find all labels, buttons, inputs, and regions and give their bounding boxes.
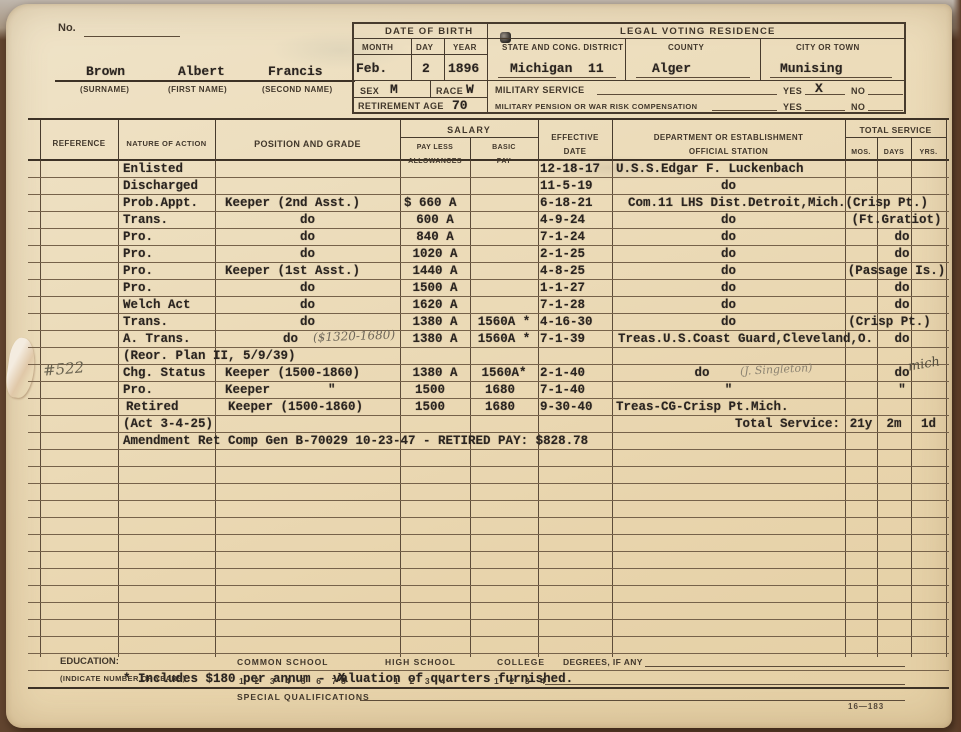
act-note: (Act 3-4-25) (123, 417, 213, 431)
retirement-age-value: 70 (452, 98, 468, 113)
table-row: Trans. do 600 A 4-9-24 do (Ft.Gratiot) (28, 212, 949, 229)
blank-row (28, 586, 949, 603)
pension-label: MILITARY PENSION OR WAR RISK COMPENSATIO… (495, 102, 697, 111)
basic-pay: 1560A* (470, 366, 538, 380)
amendment-line: Amendment Ret Comp Gen B-70029 10-23-47 … (123, 434, 588, 448)
position-grade: Keeper (1500-1860) (225, 366, 360, 380)
table-row: Retired Keeper (1500-1860) 1500 1680 9-3… (28, 399, 949, 416)
pay-less-allowances: 1020 A (400, 247, 470, 261)
official-station: do (612, 179, 845, 193)
pay-less-allowances: 1500 (400, 400, 460, 414)
effective-date: 4-9-24 (540, 213, 585, 227)
station-overflow: do (877, 298, 927, 312)
dob-year-value: 1896 (448, 61, 479, 76)
high-school-years: 1 2 3 4 (394, 676, 447, 686)
effective-date: 7-1-39 (540, 332, 585, 346)
race-label: RACE (436, 86, 463, 96)
table-row: Discharged 11-5-19 do (28, 178, 949, 195)
table-row: Amendment Ret Comp Gen B-70029 10-23-47 … (28, 433, 949, 450)
first-name-value: Albert (178, 64, 225, 79)
table-row: Welch Act do 1620 A 7-1-28 do do (28, 297, 949, 314)
military-service-line (597, 94, 777, 95)
common-school-label: COMMON SCHOOL (237, 657, 328, 667)
nature-of-action: Prob.Appt. (123, 196, 198, 210)
dob-divider (444, 38, 445, 80)
total-service-years: 21y (845, 417, 877, 431)
common-school-years: 1 2 3 4 5 6 7 (239, 676, 338, 686)
position-grade: do (283, 332, 298, 346)
header-yrs: YRS. (911, 146, 946, 160)
pay-less-allowances: 1620 A (400, 298, 470, 312)
position-grade: do (215, 315, 400, 329)
common-school-x-mark: X (338, 671, 345, 685)
table-header: REFERENCE NATURE OF ACTION POSITION AND … (28, 118, 949, 161)
header-line (845, 137, 946, 138)
blank-row (28, 484, 949, 501)
voting-title: LEGAL VOTING RESIDENCE (620, 26, 776, 37)
position-grade: Keeper (2nd Asst.) (225, 196, 360, 210)
dob-month-label: MONTH (362, 43, 393, 52)
station-overflow: (Crisp Pt.) (838, 315, 941, 329)
handwritten-mich-note: mich (907, 355, 941, 374)
reorg-plan-note: (Reor. Plan II, 5/9/39) (123, 349, 296, 363)
header-total-service: TOTAL SERVICE (845, 123, 946, 137)
nature-of-action: Pro. (123, 230, 153, 244)
military-no-label: NO (851, 86, 865, 96)
blank-row (28, 654, 949, 671)
sex-value: M (390, 82, 398, 97)
table-row: Pro. Keeper " 1500 1680 7-1-40 " " (28, 382, 949, 399)
surname-label: (SURNAME) (80, 85, 129, 94)
pay-less-allowances: 1380 A (400, 366, 470, 380)
header-days: DAYS (877, 146, 911, 160)
military-yes-label: YES (783, 86, 802, 96)
college-label: COLLEGE (497, 657, 545, 667)
table-row: A. Trans. do ($1320-1680) 1380 A 1560A *… (28, 331, 949, 348)
nature-of-action: Discharged (123, 179, 198, 193)
official-station: do (612, 298, 845, 312)
voting-divider (760, 38, 761, 80)
position-grade: do (215, 281, 400, 295)
header-position: POSITION AND GRADE (215, 137, 400, 151)
district-value: Michigan 11 (510, 61, 604, 76)
basic-pay: 1560A * (470, 332, 538, 346)
table-row: (Act 3-4-25) Total Service: 21y 2m 1d (28, 416, 949, 433)
official-station: do (612, 281, 845, 295)
station-overflow: do (877, 247, 927, 261)
handwritten-reference: #522 (42, 360, 84, 378)
table-row: Pro. do 840 A 7-1-24 do do (28, 229, 949, 246)
card-right-edge (953, 0, 961, 732)
official-station: U.S.S.Edgar F. Luckenbach (616, 162, 804, 176)
pay-less-allowances: 600 A (400, 213, 470, 227)
city-value: Munising (780, 61, 842, 76)
military-no-line (868, 94, 903, 95)
effective-date: 11-5-19 (540, 179, 593, 193)
degrees-line-2 (545, 684, 905, 685)
station-overflow: (Passage Is.) (845, 264, 948, 278)
county-underline (636, 77, 750, 78)
nature-of-action: Trans. (123, 213, 168, 227)
pension-line (712, 110, 777, 111)
position-grade: do (215, 213, 400, 227)
race-value: W (466, 82, 474, 97)
official-station: do (612, 247, 845, 261)
blank-row (28, 518, 949, 535)
header-effective-date: EFFECTIVEDATE (538, 131, 612, 159)
table-row: Pro. Keeper (1st Asst.) 1440 A 4-8-25 do… (28, 263, 949, 280)
military-yes-line (805, 94, 845, 95)
handwritten-salary-note: ($1320-1680) (313, 328, 396, 345)
blank-row (28, 637, 949, 654)
education-sublabel: (INDICATE NUMBER OF YEARS) (60, 674, 186, 683)
nature-of-action: Welch Act (123, 298, 191, 312)
pay-less-allowances: 1380 A (400, 332, 470, 346)
position-grade: Keeper (1500-1860) (228, 400, 363, 414)
official-station: Com.11 LHS Dist.Detroit,Mich.(Crisp Pt.) (628, 196, 928, 210)
header-nature: NATURE OF ACTION (118, 137, 215, 151)
table-row: Pro. do 1500 A 1-1-27 do do (28, 280, 949, 297)
education-label: EDUCATION: (60, 656, 119, 667)
effective-date: 7-1-28 (540, 298, 585, 312)
official-station: do (612, 213, 845, 227)
nature-of-action: A. Trans. (123, 332, 191, 346)
nature-of-action: Pro. (123, 264, 153, 278)
blank-row (28, 501, 949, 518)
dob-title: DATE OF BIRTH (385, 26, 473, 37)
col-line (946, 120, 947, 163)
total-service-months: 2m (877, 417, 911, 431)
header-reference: REFERENCE (40, 137, 118, 151)
nature-of-action: Pro. (123, 281, 153, 295)
handwritten-singleton-note: (J. Singleton) (740, 361, 813, 379)
no-label: No. (58, 22, 76, 34)
city-label: CITY OR TOWN (796, 43, 860, 52)
dob-line (352, 54, 487, 55)
city-underline (770, 77, 892, 78)
voting-line (487, 38, 906, 39)
dob-day-value: 2 (422, 61, 430, 76)
effective-date: 4-8-25 (540, 264, 585, 278)
official-station: " (612, 383, 845, 397)
nature-of-action: Pro. (123, 247, 153, 261)
special-qualifications-label: SPECIAL QUALIFICATIONS (237, 692, 370, 702)
pension-yes-label: YES (783, 102, 802, 112)
dob-line (352, 38, 487, 39)
special-qualifications-line (360, 700, 905, 701)
official-station: do (612, 315, 845, 329)
box-divider (487, 22, 488, 114)
military-service-label: MILITARY SERVICE (495, 85, 585, 95)
effective-date: 2-1-40 (540, 366, 585, 380)
nature-of-action: Enlisted (123, 162, 183, 176)
station-overflow: do (877, 281, 927, 295)
pay-less-allowances: 840 A (400, 230, 470, 244)
station-overflow: do (877, 332, 927, 346)
position-ditto: " (328, 383, 336, 397)
no-line (84, 36, 180, 37)
header-salary: SALARY (400, 123, 538, 137)
blank-row (28, 569, 949, 586)
dob-day-label: DAY (416, 43, 433, 52)
position-grade: Keeper (1st Asst.) (225, 264, 360, 278)
name-underline (55, 80, 355, 82)
service-history-table: Enlisted 12-18-17 U.S.S.Edgar F. Luckenb… (28, 161, 949, 657)
blank-row (28, 552, 949, 569)
retirement-age-label: RETIREMENT AGE (358, 101, 444, 111)
second-name-value: Francis (268, 64, 323, 79)
college-years: 1 2 3 4 (494, 676, 547, 686)
sex-label: SEX (360, 86, 379, 96)
effective-date: 6-18-21 (540, 196, 593, 210)
header-line (400, 137, 538, 138)
sex-race-divider (430, 80, 431, 97)
blank-row (28, 450, 949, 467)
degrees-line (645, 666, 905, 667)
table-row: Pro. do 1020 A 2-1-25 do do (28, 246, 949, 263)
voting-divider (625, 38, 626, 80)
station-overflow: (Ft.Gratiot) (845, 213, 948, 227)
effective-date: 2-1-25 (540, 247, 585, 261)
station-overflow: " (877, 383, 927, 397)
position-grade: do (215, 247, 400, 261)
official-station: Treas-CG-Crisp Pt.Mich. (616, 400, 789, 414)
table-row: Trans. do 1380 A 1560A * 4-16-30 do (Cri… (28, 314, 949, 331)
blank-row (28, 535, 949, 552)
county-value: Alger (652, 61, 691, 76)
effective-date: 1-1-27 (540, 281, 585, 295)
surname-value: Brown (86, 64, 125, 79)
pay-less-allowances: 1440 A (400, 264, 470, 278)
district-underline (498, 77, 616, 78)
degrees-label: DEGREES, IF ANY (563, 657, 643, 667)
effective-date: 12-18-17 (540, 162, 600, 176)
basic-pay: 1680 (470, 400, 530, 414)
position-grade: Keeper (225, 383, 270, 397)
station-overflow: do (877, 230, 927, 244)
table-row: Enlisted 12-18-17 U.S.S.Edgar F. Luckenb… (28, 161, 949, 178)
header-department: DEPARTMENT OR ESTABLISHMENTOFFICIAL STAT… (612, 131, 845, 159)
total-service-label: Total Service: (612, 417, 840, 431)
position-grade: do (215, 230, 400, 244)
dob-divider (411, 38, 412, 80)
header-mos: MOS. (845, 146, 877, 160)
effective-date: 4-16-30 (540, 315, 593, 329)
pay-less-allowances: $ 660 A (404, 196, 457, 210)
first-name-label: (FIRST NAME) (168, 85, 227, 94)
official-station: do (612, 264, 845, 278)
official-station: Treas.U.S.Coast Guard,Cleveland,O. (618, 332, 873, 346)
pension-no-line (868, 110, 903, 111)
pension-yes-line (805, 110, 845, 111)
dob-month-value: Feb. (356, 61, 387, 76)
effective-date: 7-1-24 (540, 230, 585, 244)
dob-year-label: YEAR (453, 43, 477, 52)
blank-row (28, 467, 949, 484)
total-service-days: 1d (911, 417, 946, 431)
official-station: do (612, 230, 845, 244)
basic-pay: 1680 (470, 383, 530, 397)
pay-less-allowances: 1500 (400, 383, 460, 397)
pension-no-label: NO (851, 102, 865, 112)
nature-of-action: Chg. Status (123, 366, 206, 380)
nature-of-action: Pro. (123, 383, 153, 397)
high-school-label: HIGH SCHOOL (385, 657, 456, 667)
position-grade: do (215, 298, 400, 312)
pay-less-allowances: 1380 A (400, 315, 470, 329)
effective-date: 7-1-40 (540, 383, 585, 397)
effective-date: 9-30-40 (540, 400, 593, 414)
nature-of-action: Trans. (123, 315, 168, 329)
form-number: 16—183 (848, 702, 884, 711)
pay-less-allowances: 1500 A (400, 281, 470, 295)
second-name-label: (SECOND NAME) (262, 85, 333, 94)
county-label: COUNTY (668, 43, 704, 52)
basic-pay: 1560A * (470, 315, 538, 329)
district-label: STATE AND CONG. DISTRICT (502, 43, 623, 52)
table-row: #522 Chg. Status Keeper (1500-1860) 1380… (28, 365, 949, 382)
table-row: Prob.Appt. Keeper (2nd Asst.) $ 660 A 6-… (28, 195, 949, 212)
blank-row (28, 603, 949, 620)
nature-of-action: Retired (126, 400, 179, 414)
blank-row (28, 620, 949, 637)
